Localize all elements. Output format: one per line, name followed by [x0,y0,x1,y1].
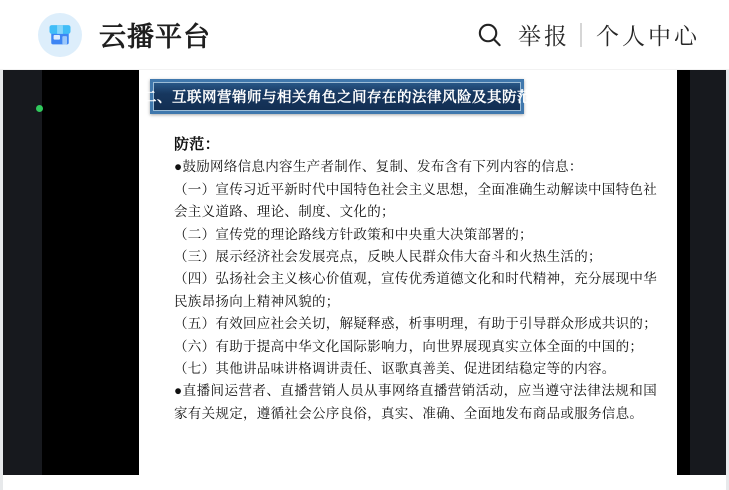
profile-center-link[interactable]: 个人中心 [596,18,700,51]
slide-line: （二）宣传党的理论路线方针政策和中央重大决策部署的； [174,224,657,246]
topbar: 云播平台 举报 个人中心 [0,0,729,70]
slide-line: （四）弘扬社会主义核心价值观，宣传优秀道德文化和时代精神，充分展现中华民族昂扬向… [174,268,657,313]
slide-line: ●鼓励网络信息内容生产者制作、复制、发布含有下列内容的信息： [174,156,657,178]
slide-line: （六）有助于提高中华文化国际影响力，向世界展现真实立体全面的中国的； [174,336,657,358]
topbar-actions: 举报 个人中心 [476,18,700,51]
page-bottom-strip [0,475,729,490]
slide-title-banner: 二、互联网营销师与相关角色之间存在的法律风险及其防范 [150,79,524,114]
slide-line: （三）展示经济社会发展亮点，反映人民群众伟大奋斗和火热生活的； [174,246,657,268]
header-divider [580,23,582,47]
slide-line: （五）有效回应社会关切，解疑释惑，析事明理，有助于引导群众形成共识的； [174,313,657,335]
storefront-logo-icon [38,13,82,57]
platform-title: 云播平台 [99,15,211,54]
green-status-dot [36,105,43,112]
slide-content: 二、互联网营销师与相关角色之间存在的法律风险及其防范 防范： ●鼓励网络信息内容… [139,70,677,475]
video-frame: 二、互联网营销师与相关角色之间存在的法律风险及其防范 防范： ●鼓励网络信息内容… [42,70,690,475]
search-icon[interactable] [476,21,503,48]
left-page-edge [0,70,3,490]
video-player[interactable]: 二、互联网营销师与相关角色之间存在的法律风险及其防范 防范： ●鼓励网络信息内容… [0,70,729,475]
slide-line: （一）宣传习近平新时代中国特色社会主义思想，全面准确生动解读中国特色社会主义道路… [174,179,657,224]
report-link[interactable]: 举报 [518,18,570,51]
slide-section-heading: 防范： [174,134,657,156]
slide-line: （七）其他讲品味讲格调讲责任、讴歌真善美、促进团结稳定等的内容。 [174,358,657,380]
slide-line: ●直播间运营者、直播营销人员从事网络直播营销活动，应当遵守法律法规和国家有关规定… [174,380,657,425]
brand[interactable]: 云播平台 [38,13,211,57]
slide-body: 防范： ●鼓励网络信息内容生产者制作、复制、发布含有下列内容的信息： （一）宣传… [174,134,657,425]
